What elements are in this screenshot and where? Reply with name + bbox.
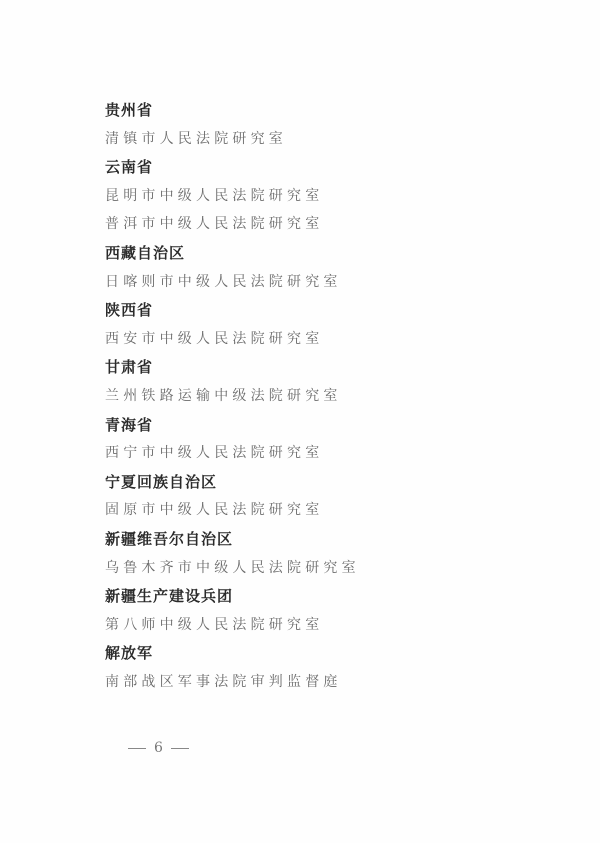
dash-right xyxy=(171,748,189,749)
region-heading: 云南省 xyxy=(105,153,360,182)
list-item: 日喀则市中级人民法院研究室 xyxy=(105,268,360,297)
document-page: 贵州省 清镇市人民法院研究室 云南省 昆明市中级人民法院研究室 普洱市中级人民法… xyxy=(0,0,600,843)
region-heading: 新疆维吾尔自治区 xyxy=(105,525,360,554)
region-heading: 贵州省 xyxy=(105,96,360,125)
region-heading: 宁夏回族自治区 xyxy=(105,468,360,497)
region-heading: 新疆生产建设兵团 xyxy=(105,582,360,611)
court-list: 贵州省 清镇市人民法院研究室 云南省 昆明市中级人民法院研究室 普洱市中级人民法… xyxy=(105,96,360,696)
region-heading: 青海省 xyxy=(105,411,360,440)
list-item: 乌鲁木齐市中级人民法院研究室 xyxy=(105,554,360,583)
list-item: 南部战区军事法院审判监督庭 xyxy=(105,668,360,697)
list-item: 西安市中级人民法院研究室 xyxy=(105,325,360,354)
dash-left xyxy=(128,748,146,749)
list-item: 西宁市中级人民法院研究室 xyxy=(105,439,360,468)
list-item: 固原市中级人民法院研究室 xyxy=(105,496,360,525)
region-heading: 解放军 xyxy=(105,639,360,668)
page-footer: 6 xyxy=(120,740,197,756)
list-item: 昆明市中级人民法院研究室 xyxy=(105,182,360,211)
region-heading: 陕西省 xyxy=(105,296,360,325)
list-item: 兰州铁路运输中级法院研究室 xyxy=(105,382,360,411)
list-item: 第八师中级人民法院研究室 xyxy=(105,611,360,640)
region-heading: 甘肃省 xyxy=(105,353,360,382)
list-item: 普洱市中级人民法院研究室 xyxy=(105,210,360,239)
page-number: 6 xyxy=(154,740,163,756)
list-item: 清镇市人民法院研究室 xyxy=(105,125,360,154)
region-heading: 西藏自治区 xyxy=(105,239,360,268)
